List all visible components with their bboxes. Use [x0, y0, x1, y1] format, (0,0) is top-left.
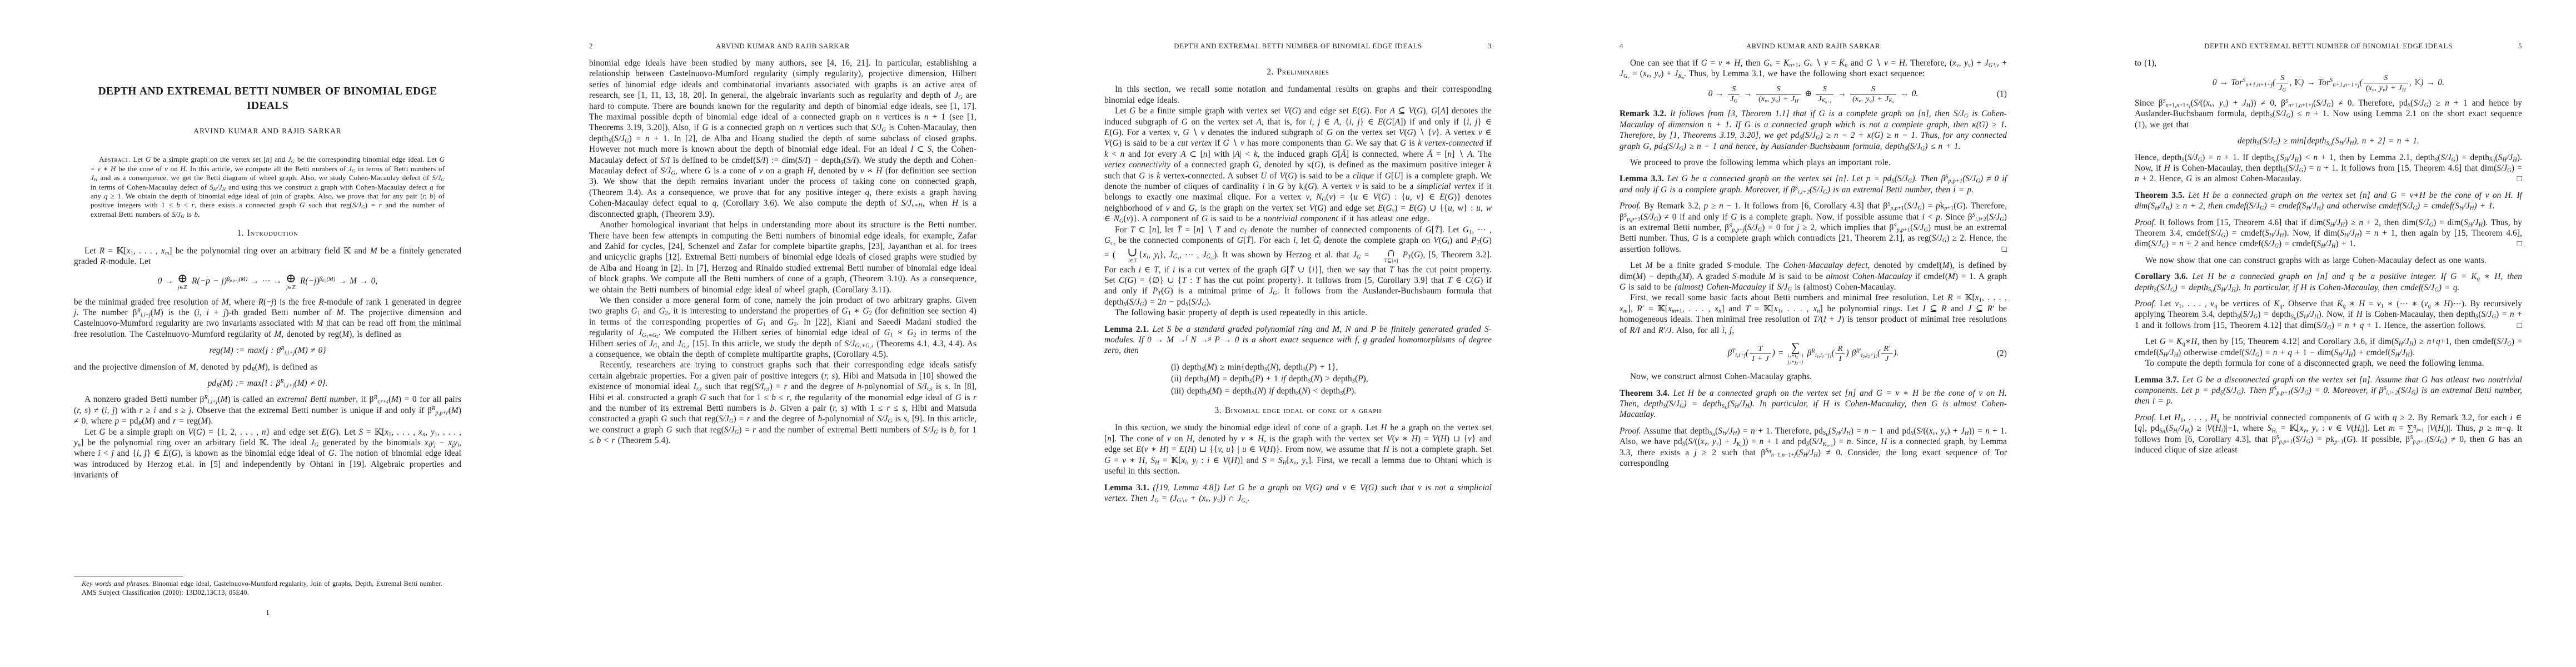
- qed-square: □: [2517, 320, 2522, 331]
- page-content: to (1),0 → TorSn+1,n+1+j(SJG, 𝕂) → TorSn…: [2135, 58, 2522, 667]
- running-head-page-number: 2: [589, 42, 622, 51]
- paragraph: To compute the depth formula for cone of…: [2135, 358, 2522, 369]
- paragraph: Let G be a finite simple graph with vert…: [1104, 106, 1492, 224]
- footnote-line: AMS Subject Classification (2010): 13D02…: [74, 589, 461, 598]
- paper-title: DEPTH AND EXTREMAL BETTI NUMBER OF BINOM…: [79, 84, 456, 113]
- running-head: DEPTH AND EXTREMAL BETTI NUMBER OF BINOM…: [2135, 42, 2522, 51]
- paragraph: Since βSn+1,n+1+j(S/((xv, yv) + JH)) ≠ 0…: [2135, 98, 2522, 130]
- running-head: 2 ARVIND KUMAR AND RAJIB SARKAR: [589, 42, 976, 51]
- block-label: Theorem 3.4.: [1620, 389, 1670, 398]
- footnote: Key words and phrases. Binomial edge ide…: [74, 576, 461, 597]
- paragraph: Recently, researchers are trying to cons…: [589, 360, 976, 446]
- page-content: DEPTH AND EXTREMAL BETTI NUMBER OF BINOM…: [74, 84, 461, 667]
- footnote-rule: [74, 576, 183, 576]
- paragraph: Let R = 𝕂[x1, . . . , xm] be the polynom…: [74, 246, 461, 267]
- running-head: DEPTH AND EXTREMAL BETTI NUMBER OF BINOM…: [1104, 42, 1492, 51]
- running-head-page-number: 5: [2489, 42, 2522, 51]
- qed-square: □: [2517, 238, 2522, 249]
- lemma-item: (ii) depthS(M) = depthS(P) + 1 if depthS…: [1138, 374, 1492, 384]
- theorem: Theorem 3.4. Let H be a connected graph …: [1620, 388, 2007, 420]
- block-label: Lemma 3.3.: [1620, 174, 1664, 183]
- paragraph: One can see that if G = v ∗ H, then Gv =…: [1620, 58, 2007, 79]
- paragraph: Let G = Kq∗H, then by [15, Theorem 4.12]…: [2135, 336, 2522, 358]
- running-head-page-number: 4: [1620, 42, 1653, 51]
- paragraph: We now show that one can construct graph…: [2135, 255, 2522, 266]
- theorem: Theorem 3.5. Let H be a connected graph …: [2135, 190, 2522, 212]
- paragraph: We proceed to prove the following lemma …: [1620, 157, 2007, 168]
- proof: Proof. Let v1, . . . , vq be vertices of…: [2135, 298, 2522, 331]
- document-canvas: arXiv:1904.00829v2 [math.AC] 4 Oct 2019 …: [0, 0, 2576, 667]
- section-heading: 1. Introduction: [74, 228, 461, 238]
- block-label: Lemma 2.1.: [1104, 325, 1149, 334]
- block-label: Proof.: [2135, 299, 2156, 308]
- lemma: Lemma 3.7. Let G be a disconnected graph…: [2135, 375, 2522, 407]
- display-equation: 0 → ⊕j∈ℤ R(−p − j)βp,p+j(M) → ⋯ → ⊕j∈ℤ R…: [74, 272, 461, 291]
- lemma-item: (iii) depthS(M) = depthS(N) if depthS(N)…: [1138, 386, 1492, 396]
- corollary: Corollary 3.6. Let H be a connected grap…: [2135, 271, 2522, 293]
- page-5: DEPTH AND EXTREMAL BETTI NUMBER OF BINOM…: [2061, 0, 2576, 667]
- authors-line: ARVIND KUMAR AND RAJIB SARKAR: [74, 126, 461, 136]
- block-label: Proof.: [1620, 426, 1641, 436]
- abstract: Abstract. Let G be a simple graph on the…: [91, 155, 445, 219]
- paragraph: Another homological invariant that helps…: [589, 220, 976, 295]
- running-head-title: ARVIND KUMAR AND RAJIB SARKAR: [622, 42, 943, 51]
- lemma: Lemma 3.1. ([19, Lemma 4.8]) Let G be a …: [1104, 482, 1492, 504]
- paragraph: Hence, depthS(S/JG) = n + 1. If depthSH(…: [2135, 152, 2522, 185]
- proof: Proof. By Remark 3.2, p ≥ n − 1. It foll…: [1620, 201, 2007, 255]
- section-heading: 2. Preliminaries: [1104, 67, 1492, 77]
- running-head-title: ARVIND KUMAR AND RAJIB SARKAR: [1653, 42, 1974, 51]
- block-label: Abstract.: [99, 155, 131, 163]
- lemma: Lemma 2.1. Let S be a standard graded po…: [1104, 324, 1492, 356]
- block-label: Proof.: [2135, 413, 2156, 422]
- block-label: Corollary 3.6.: [2135, 272, 2188, 281]
- remark: Remark 3.2. It follows from [3, Theorem …: [1620, 108, 2007, 152]
- paragraph: For T ⊂ [n], let T̄ = [n] ∖ T and cT den…: [1104, 225, 1492, 308]
- block-label: Lemma 3.7.: [2135, 375, 2179, 385]
- equation-number: (1): [1997, 88, 2007, 99]
- footnote-line: Key words and phrases. Binomial edge ide…: [74, 580, 461, 589]
- page-2: 2 ARVIND KUMAR AND RAJIB SARKAR binomial…: [515, 0, 1030, 667]
- display-equation: pdR(M) := max{i : βRi,i+j(M) ≠ 0}.: [74, 378, 461, 389]
- qed-square: □: [2002, 244, 2007, 255]
- block-label: Proof.: [2135, 218, 2156, 227]
- page-3: DEPTH AND EXTREMAL BETTI NUMBER OF BINOM…: [1030, 0, 1546, 667]
- paragraph: Now, we construct almost Cohen-Macaulay …: [1620, 371, 2007, 382]
- paragraph: We then consider a more general form of …: [589, 295, 976, 360]
- paragraph: First, we recall some basic facts about …: [1620, 292, 2007, 336]
- block-label: Theorem 3.5.: [2135, 191, 2185, 200]
- display-equation: depthS(S/JG) ≥ min{depthSH(SH/JH), n + 2…: [2135, 136, 2522, 146]
- page-content: binomial edge ideals have been studied b…: [589, 58, 976, 667]
- paragraph: binomial edge ideals have been studied b…: [589, 58, 976, 220]
- paragraph: Let G be a simple graph on V(G) = {1, 2,…: [74, 427, 461, 481]
- lemma-item: (i) depthS(M) ≥ min{depthS(N), depthS(P)…: [1138, 362, 1492, 372]
- display-equation: reg(M) := max{j : βRi,i+j(M) ≠ 0}: [74, 345, 461, 356]
- qed-square: □: [2517, 173, 2522, 184]
- running-head: 4 ARVIND KUMAR AND RAJIB SARKAR: [1620, 42, 2007, 51]
- paragraph: The following basic property of depth is…: [1104, 307, 1492, 318]
- lemma: Lemma 3.3. Let G be a connected graph on…: [1620, 173, 2007, 195]
- page-content: One can see that if G = v ∗ H, then Gv =…: [1620, 58, 2007, 667]
- proof: Proof. Assume that depthSH(SH/JH) = n + …: [1620, 426, 2007, 469]
- display-equation: 0 → SJG → S(xv, yv) + JH ⊕ SJKn+1 → S(xv…: [1620, 85, 2007, 103]
- proof: Proof. Let H1, . . . , Hq be nontrivial …: [2135, 412, 2522, 456]
- page-number: 1: [74, 607, 461, 618]
- block-label: Lemma 3.1.: [1104, 483, 1149, 492]
- display-equation: βTi,i+j(TI + J) = ∑i1+i2=ij1+j2=j βRi1,i…: [1620, 341, 2007, 366]
- display-equation: 0 → TorSn+1,n+1+j(SJG, 𝕂) → TorSn+1,n+1+…: [2135, 74, 2522, 92]
- paragraph: In this section, we recall some notation…: [1104, 84, 1492, 106]
- lemma-item-list: (i) depthS(M) ≥ min{depthS(N), depthS(P)…: [1104, 362, 1492, 396]
- paragraph: In this section, we study the binomial e…: [1104, 422, 1492, 476]
- paragraph: be the minimal graded free resolution of…: [74, 297, 461, 340]
- paragraph: to (1),: [2135, 58, 2522, 68]
- block-label: Proof.: [1620, 201, 1641, 211]
- paragraph: Let M be a finite graded S-module. The C…: [1620, 260, 2007, 292]
- running-head-page-number: 3: [1458, 42, 1492, 51]
- page-4: 4 ARVIND KUMAR AND RAJIB SARKAR One can …: [1546, 0, 2061, 667]
- section-heading: 3. Binomial edge ideal of cone of a grap…: [1104, 405, 1492, 416]
- proof: Proof. It follows from [15, Theorem 4.6]…: [2135, 217, 2522, 250]
- running-head-title: DEPTH AND EXTREMAL BETTI NUMBER OF BINOM…: [1138, 42, 1458, 51]
- running-head-title: DEPTH AND EXTREMAL BETTI NUMBER OF BINOM…: [2168, 42, 2489, 51]
- equation-number: (2): [1997, 348, 2007, 359]
- page-1: DEPTH AND EXTREMAL BETTI NUMBER OF BINOM…: [0, 0, 515, 667]
- page-content: 2. PreliminariesIn this section, we reca…: [1104, 58, 1492, 667]
- block-label: Remark 3.2.: [1620, 109, 1666, 118]
- paragraph: and the projective dimension of M, denot…: [74, 362, 461, 372]
- paragraph: A nonzero graded Betti number βRi,i+j(M)…: [74, 394, 461, 426]
